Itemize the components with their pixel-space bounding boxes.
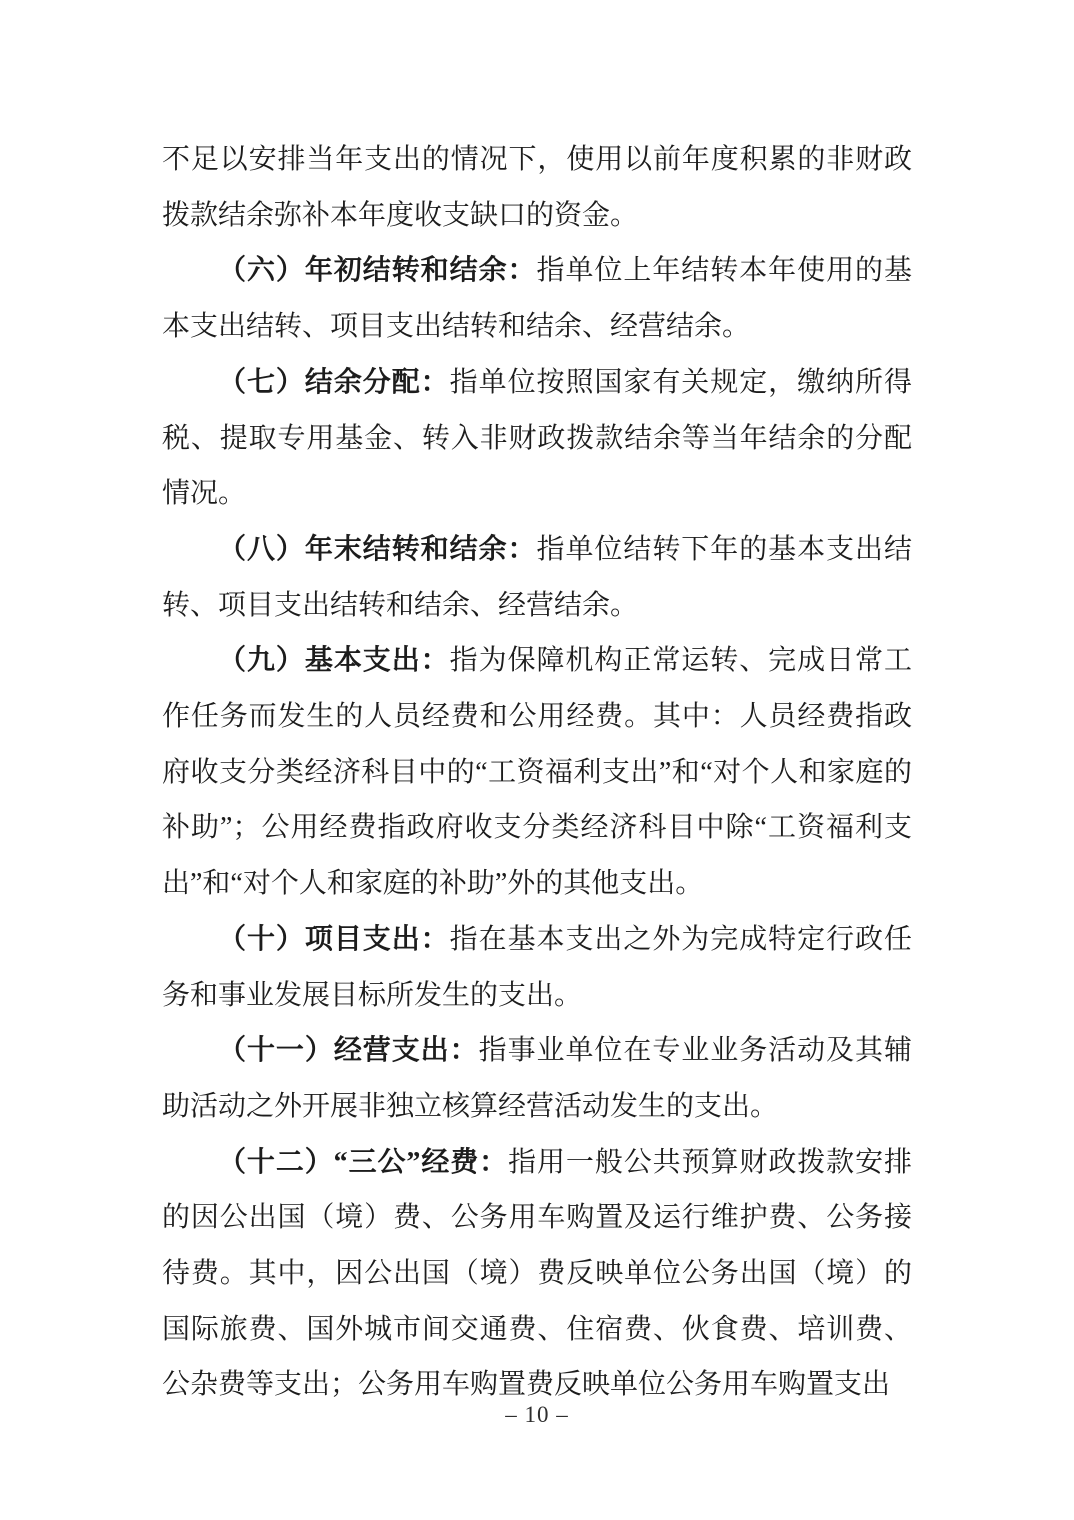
paragraph-text: 不足以安排当年支出的情况下，使用以前年度积累的非财政拨款结余弥补本年度收支缺口的… xyxy=(162,144,912,231)
definition-paragraph-11: （十一）经营支出：指事业单位在专业业务活动及其辅助活动之外开展非独立核算经营活动… xyxy=(162,1023,912,1134)
definition-paragraph-9: （九）基本支出：指为保障机构正常运转、完成日常工作任务而发生的人员经费和公用经费… xyxy=(162,633,912,912)
paragraph-continuation: 不足以安排当年支出的情况下，使用以前年度积累的非财政拨款结余弥补本年度收支缺口的… xyxy=(162,132,912,243)
term-label: （七）结余分配： xyxy=(218,367,450,398)
term-label: （九）基本支出： xyxy=(218,645,450,676)
document-page: 不足以安排当年支出的情况下，使用以前年度积累的非财政拨款结余弥补本年度收支缺口的… xyxy=(0,0,1074,1520)
term-label: （六）年初结转和结余： xyxy=(218,255,537,286)
document-body: 不足以安排当年支出的情况下，使用以前年度积累的非财政拨款结余弥补本年度收支缺口的… xyxy=(162,132,912,1413)
term-label: （十一）经营支出： xyxy=(218,1035,479,1066)
definition-paragraph-7: （七）结余分配：指单位按照国家有关规定，缴纳所得税、提取专用基金、转入非财政拨款… xyxy=(162,355,912,522)
definition-paragraph-8: （八）年末结转和结余：指单位结转下年的基本支出结转、项目支出结转和结余、经营结余… xyxy=(162,522,912,633)
paragraph-text: 指为保障机构正常运转、完成日常工作任务而发生的人员经费和公用经费。其中：人员经费… xyxy=(162,645,912,899)
definition-paragraph-12: （十二）“三公”经费：指用一般公共预算财政拨款安排的因公出国（境）费、公务用车购… xyxy=(162,1135,912,1414)
term-label: （八）年末结转和结余： xyxy=(218,534,537,565)
paragraph-text: 指用一般公共预算财政拨款安排的因公出国（境）费、公务用车购置及运行维护费、公务接… xyxy=(162,1147,912,1401)
definition-paragraph-10: （十）项目支出：指在基本支出之外为完成特定行政任务和事业发展目标所发生的支出。 xyxy=(162,912,912,1023)
definition-paragraph-6: （六）年初结转和结余：指单位上年结转本年使用的基本支出结转、项目支出结转和结余、… xyxy=(162,243,912,354)
term-label: （十）项目支出： xyxy=(218,924,450,955)
term-label: （十二）“三公”经费： xyxy=(218,1147,508,1178)
page-number: – 10 – xyxy=(0,1402,1074,1428)
